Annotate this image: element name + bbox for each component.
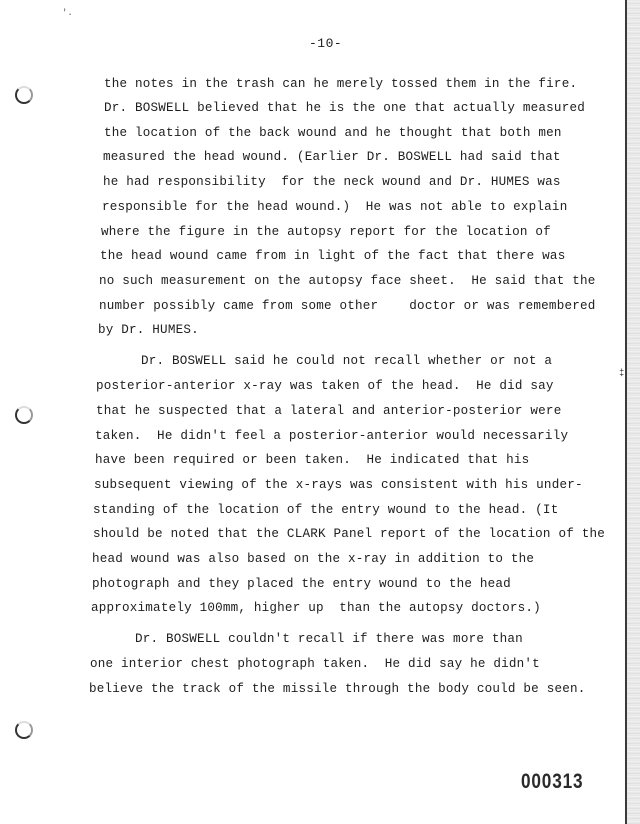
text-line: the notes in the trash can he merely tos… <box>104 77 577 91</box>
punch-hole-icon <box>15 86 33 104</box>
text-line: Dr. BOSWELL couldn't recall if there was… <box>135 632 523 646</box>
punch-hole-icon <box>15 721 33 739</box>
text-line: no such measurement on the autopsy face … <box>99 274 595 288</box>
punch-hole-icon <box>15 406 33 424</box>
bates-number: 000313 <box>521 770 583 794</box>
text-line: where the figure in the autopsy report f… <box>101 225 551 239</box>
text-line: number possibly came from some other doc… <box>99 299 595 313</box>
text-line: one interior chest photograph taken. He … <box>90 657 540 671</box>
text-line: measured the head wound. (Earlier Dr. BO… <box>103 150 561 164</box>
scan-specks: '. <box>62 10 73 16</box>
text-line: that he suspected that a lateral and ant… <box>96 404 561 418</box>
text-line: Dr. BOSWELL said he could not recall whe… <box>141 354 552 368</box>
scan-edge-strip <box>627 0 640 824</box>
text-line: subsequent viewing of the x-rays was con… <box>94 478 583 492</box>
text-line: responsible for the head wound.) He was … <box>102 200 567 214</box>
document-page: '. -10- the notes in the trash can he me… <box>0 0 640 824</box>
text-line: by Dr. HUMES. <box>98 323 199 337</box>
text-line: posterior-anterior x-ray was taken of th… <box>96 379 554 393</box>
text-line: standing of the location of the entry wo… <box>93 503 558 517</box>
text-line: should be noted that the CLARK Panel rep… <box>93 527 605 541</box>
text-line: Dr. BOSWELL believed that he is the one … <box>104 101 585 115</box>
text-line: the head wound came from in light of the… <box>100 249 565 263</box>
text-line: head wound was also based on the x-ray i… <box>92 552 534 566</box>
text-line: taken. He didn't feel a posterior-anteri… <box>95 429 568 443</box>
page-number: -10- <box>309 36 342 51</box>
margin-mark: ‡ <box>619 368 624 378</box>
text-line: photograph and they placed the entry wou… <box>92 577 511 591</box>
text-line: the location of the back wound and he th… <box>104 126 562 140</box>
text-line: have been required or been taken. He ind… <box>95 453 529 467</box>
text-line: believe the track of the missile through… <box>89 682 585 696</box>
text-line: he had responsibility for the neck wound… <box>103 175 561 189</box>
text-line: approximately 100mm, higher up than the … <box>91 601 541 615</box>
